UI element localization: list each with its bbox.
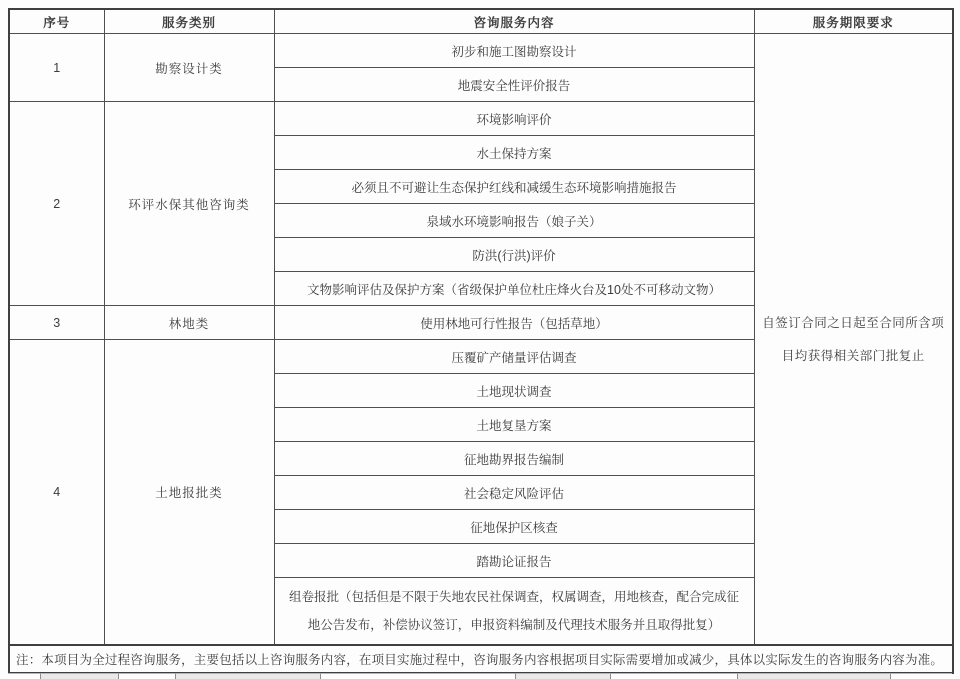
partial-cell	[8, 673, 40, 679]
partial-cell	[320, 673, 515, 679]
service-item-cell: 征地保护区核查	[274, 510, 754, 544]
partial-cell	[737, 673, 890, 679]
service-item-cell: 压覆矿产储量评估调查	[274, 340, 754, 374]
service-item-cell: 防洪(行洪)评价	[274, 238, 754, 272]
partial-cell	[118, 673, 175, 679]
service-item-cell: 水土保持方案	[274, 136, 754, 170]
table-row: 1 勘察设计类 初步和施工图勘察设计 自签订合同之日起至合同所含项 目均获得相关…	[9, 34, 953, 68]
category-cell: 勘察设计类	[104, 34, 274, 102]
header-consulting-content: 咨询服务内容	[274, 9, 754, 34]
service-item-cell: 地震安全性评价报告	[274, 68, 754, 102]
table-header-row: 序号 服务类别 咨询服务内容 服务期限要求	[9, 9, 953, 34]
category-cell: 土地报批类	[104, 340, 274, 646]
service-item-cell: 踏勘论证报告	[274, 544, 754, 578]
partial-cell	[175, 673, 320, 679]
partial-cell	[40, 673, 118, 679]
next-table-partial-row	[8, 673, 952, 679]
serial-number-cell: 3	[9, 306, 104, 340]
service-item-cell: 初步和施工图勘察设计	[274, 34, 754, 68]
service-item-cell: 泉域水环境影响报告（娘子关）	[274, 204, 754, 238]
serial-number-cell: 2	[9, 102, 104, 306]
partial-cell	[610, 673, 737, 679]
service-item-cell: 征地勘界报告编制	[274, 442, 754, 476]
document-page: 序号 服务类别 咨询服务内容 服务期限要求 1 勘察设计类 初步和施工图勘察设计…	[0, 0, 960, 679]
service-item-cell: 必须且不可避让生态保护红线和减缓生态环境影响措施报告	[274, 170, 754, 204]
category-cell: 林地类	[104, 306, 274, 340]
service-item-cell: 组卷报批（包括但是不限于失地农民社保调查，权属调查，用地核查，配合完成征地公告发…	[274, 578, 754, 646]
partial-cell	[890, 673, 952, 679]
service-item-cell: 土地复垦方案	[274, 408, 754, 442]
note-row: 注：本项目为全过程咨询服务，主要包括以上咨询服务内容，在项目实施过程中，咨询服务…	[9, 645, 953, 673]
service-item-cell: 土地现状调查	[274, 374, 754, 408]
period-line-2: 目均获得相关部门批复止	[759, 348, 949, 364]
note-cell: 注：本项目为全过程咨询服务，主要包括以上咨询服务内容，在项目实施过程中，咨询服务…	[9, 645, 953, 673]
consulting-services-table: 序号 服务类别 咨询服务内容 服务期限要求 1 勘察设计类 初步和施工图勘察设计…	[8, 8, 954, 674]
service-item-cell: 社会稳定风险评估	[274, 476, 754, 510]
serial-number-cell: 4	[9, 340, 104, 646]
period-line-1: 自签订合同之日起至合同所含项	[759, 315, 949, 331]
header-serial-number: 序号	[9, 9, 104, 34]
period-requirement-cell: 自签订合同之日起至合同所含项 目均获得相关部门批复止	[754, 34, 953, 646]
header-service-period: 服务期限要求	[754, 9, 953, 34]
serial-number-cell: 1	[9, 34, 104, 102]
partial-cell	[515, 673, 610, 679]
category-cell: 环评水保其他咨询类	[104, 102, 274, 306]
service-item-cell: 文物影响评估及保护方案（省级保护单位杜庄烽火台及10处不可移动文物）	[274, 272, 754, 306]
service-item-cell: 环境影响评价	[274, 102, 754, 136]
header-service-category: 服务类别	[104, 9, 274, 34]
service-item-cell: 使用林地可行性报告（包括草地）	[274, 306, 754, 340]
